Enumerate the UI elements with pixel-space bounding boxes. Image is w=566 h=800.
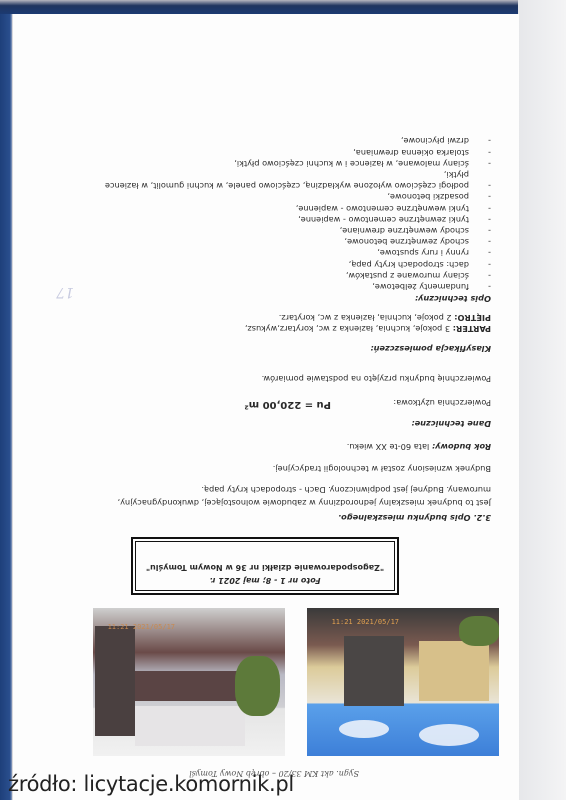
list-item: stolarka okienna drewniana,	[105, 146, 491, 157]
list-item: fundamenty żelbetowe,	[105, 281, 491, 292]
ground-floor: PARTER: 3 pokoje, kuchnia, łazienka z wc…	[245, 323, 491, 334]
list-item: rynny i rury spustowe,	[105, 247, 491, 258]
rooms-label: Klasyfikacja pomieszczeń:	[370, 343, 491, 354]
list-item: schody zewnętrzne betonowe,	[105, 236, 491, 247]
photo-house-side: 11:21 2021/05/17	[93, 608, 285, 756]
scanner-edge-top	[0, 0, 566, 14]
usable-area-value: Pu = 220,00 m²	[244, 399, 331, 410]
technical-description-label: Opis techniczny:	[415, 293, 491, 304]
area-note: Powierzchnię budynku przyjęto na podstaw…	[262, 373, 491, 384]
handwritten-page-mark: 17	[56, 284, 74, 300]
list-item: tynki zewnętrzne cementowo - wapienne,	[105, 214, 491, 225]
list-item: dach: stropodach kryty papą,	[105, 258, 491, 269]
caption-line-2: "Zagospodarowanie działki nr 36 w Nowym …	[136, 563, 394, 572]
list-item: drzwi płycinowe,	[105, 135, 491, 146]
document-page: Sygn. akt KM 33/20 – obręb Nowy Tomyśl 1…	[12, 14, 519, 800]
intro-line-2: murowany. Budynej jest podpiwniczony. Da…	[201, 484, 491, 495]
technical-data-label: Dane techniczne:	[411, 418, 491, 429]
photo-row: 11:21 2021/05/17 11:21 2021/05/17	[39, 606, 499, 756]
scanner-edge-right	[518, 0, 566, 800]
photo-timestamp: 11:21 2021/05/17	[108, 623, 175, 631]
first-floor: PIĘTRO: 2 pokoje, kuchnia, łazienka z wc…	[279, 312, 491, 323]
list-item: posadzki betonowe,	[105, 191, 491, 202]
year-built: Rok budowy: lata 60-te XX wieku.	[347, 441, 491, 452]
intro-line-3: Budynek wzniesiony został w technologii …	[273, 463, 491, 474]
rotated-content: Sygn. akt KM 33/20 – obręb Nowy Tomyśl 1…	[13, 14, 519, 800]
section-title: 3.2. Opis budynku mieszkalnego.	[338, 512, 491, 523]
photo-caption: Foto nr 1 - 8; maj 2021 r. "Zagospodarow…	[131, 537, 399, 595]
list-item: podłogi częściowo wyłożone wykładziną, c…	[105, 180, 491, 191]
first-floor-label: PIĘTRO:	[454, 313, 491, 323]
intro-line-1: Jest to budynek mieszkalny jednorodzinny…	[118, 497, 491, 508]
usable-area-label: Powierzchnia użytkowa:	[393, 397, 491, 408]
list-item: ściany murowane z pustaków,	[105, 270, 491, 281]
list-item-continuation: płytki,	[105, 169, 491, 180]
technical-description-list: fundamenty żelbetowe, ściany murowane z …	[105, 135, 491, 292]
year-built-value: lata 60-te XX wieku.	[347, 442, 429, 452]
year-built-label: Rok budowy:	[432, 442, 491, 452]
ground-floor-value: 3 pokoje, kuchnia, łazienka z wc, koryta…	[245, 324, 450, 334]
photo-house-front: 11:21 2021/05/17	[307, 608, 499, 756]
list-item: tynki wewnętrzne cementowo - wapienne,	[105, 202, 491, 213]
photo-timestamp: 11:21 2021/05/17	[332, 618, 399, 626]
list-item: schody wewnętrzne drewniane,	[105, 225, 491, 236]
first-floor-value: 2 pokoje, kuchnia, łazienka z wc, koryta…	[279, 313, 452, 323]
ground-floor-label: PARTER:	[453, 324, 491, 334]
list-item: ściany malowane, w łazience i w kuchni c…	[105, 158, 491, 169]
source-watermark: źródło: licytacje.komornik.pl	[8, 772, 294, 796]
caption-line-1: Foto nr 1 - 8; maj 2021 r.	[136, 576, 394, 585]
